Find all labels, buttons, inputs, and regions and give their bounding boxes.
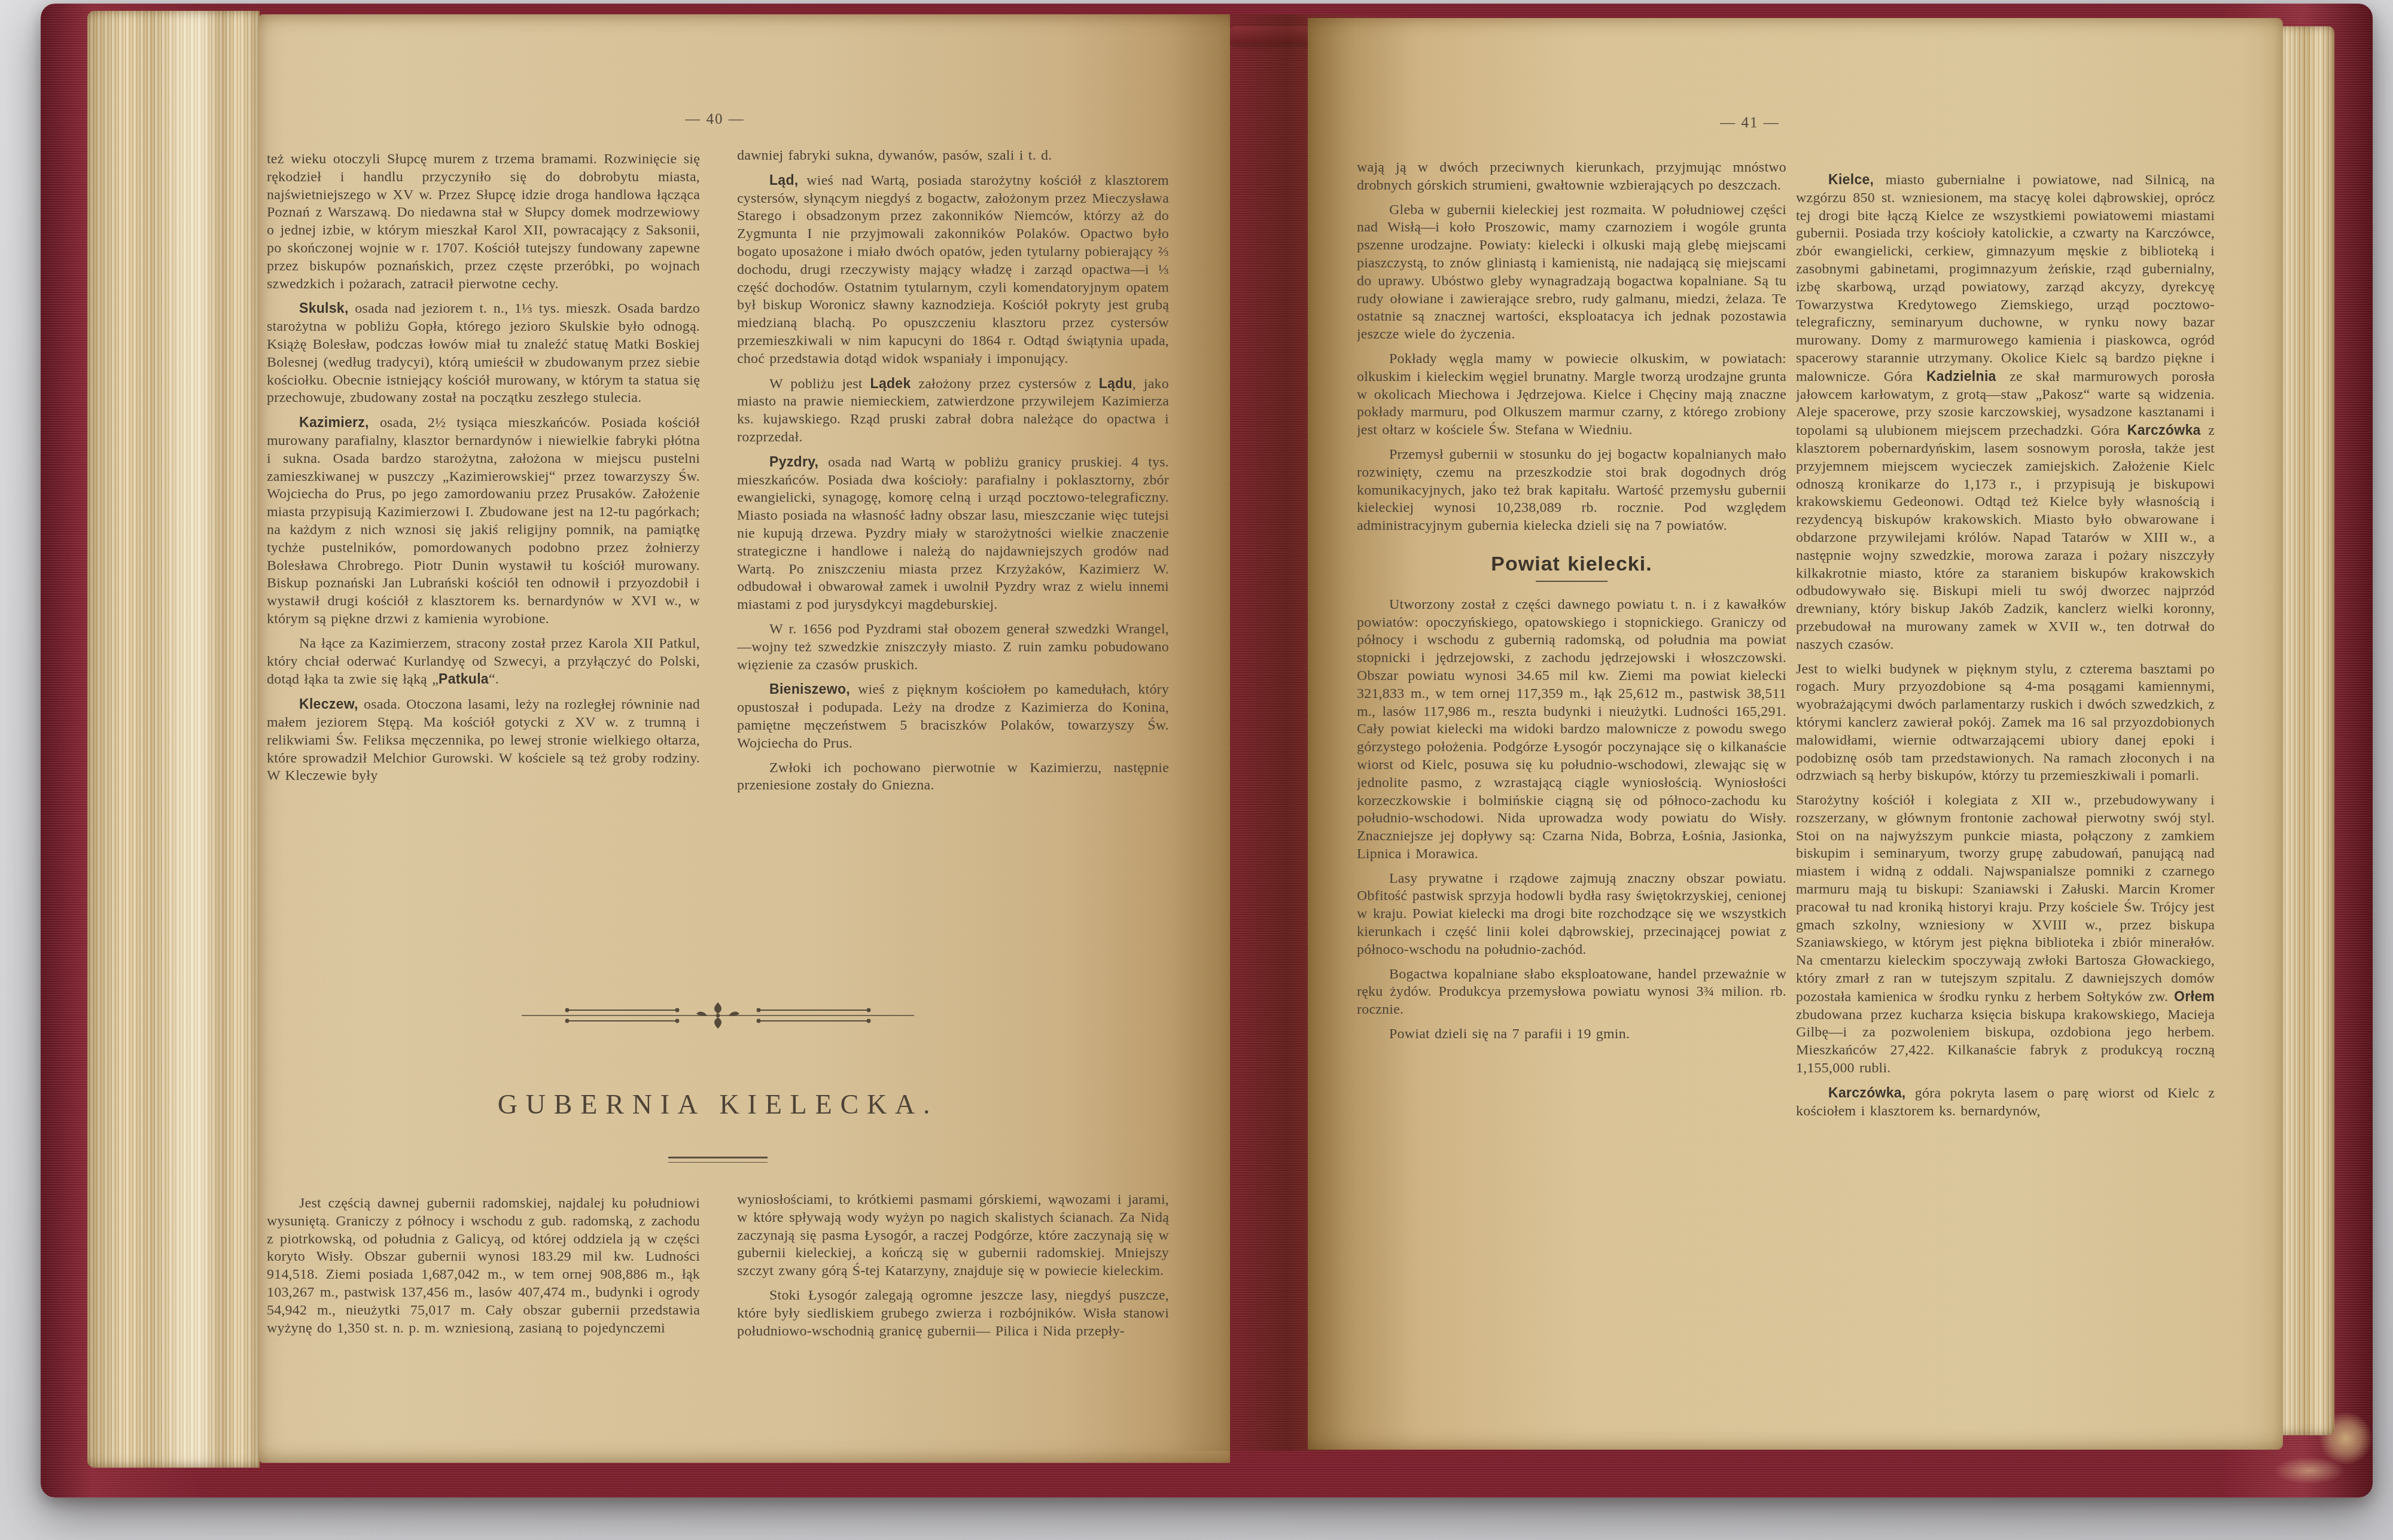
paragraph: Utworzony został z części dawnego powiat… [1357, 596, 1786, 864]
paragraph: W pobliżu jest Lądek założony przez cyst… [737, 375, 1169, 447]
entry-keyword: Kleczew, [299, 696, 358, 712]
photo-of-open-book: — 40 — też wieku otoczyli Słupcę murem z… [0, 0, 2393, 1540]
page40-column-1: też wieku otoczyli Słupcę murem z trzema… [267, 151, 700, 995]
paragraph: Zwłoki ich pochowano pierwotnie w Kazimi… [737, 760, 1169, 795]
paragraph: Jest częścią dawnej gubernii radomskiej,… [267, 1195, 700, 1337]
right-page-stack-edge [2283, 26, 2334, 1435]
page41-column-2: Kielce, miasto gubernialne i powiatowe, … [1796, 171, 2215, 1405]
paragraph: Kielce, miasto gubernialne i powiatowe, … [1796, 171, 2215, 654]
paragraph: Pokłady węgla mamy w powiecie olkuskim, … [1357, 350, 1786, 440]
paragraph: Kleczew, osada. Otoczona lasami, leży na… [267, 696, 700, 785]
powiat-heading: Powiat kielecki. [1357, 556, 1786, 574]
paragraph: Jest to wielki budynek w pięknym stylu, … [1796, 661, 2215, 786]
paragraph: Pyzdry, osada nad Wartą w pobliżu granic… [737, 453, 1169, 614]
paragraph: Kazimierz, osada, 2½ tysiąca mieszkańców… [267, 414, 700, 629]
heading-rule [1536, 581, 1607, 582]
paragraph: Bieniszewo, wieś z pięknym kościołem po … [737, 681, 1169, 752]
paragraph: wyniosłościami, to krótkiemi pasmami gór… [737, 1191, 1169, 1280]
paragraph: W r. 1656 pod Pyzdrami stał obozem gener… [737, 621, 1169, 674]
entry-keyword: Kazimierz, [299, 414, 369, 430]
entry-keyword: Lądu [1099, 376, 1132, 391]
entry-keyword: Kadzielnia [1926, 368, 1996, 384]
entry-keyword: Karczówka, [1828, 1085, 1906, 1100]
paragraph: Przemysł gubernii w stosunku do jej boga… [1357, 446, 1786, 535]
entry-keyword: Lądek [870, 376, 911, 391]
paragraph: Na łące za Kazimierzem, stracony został … [267, 635, 700, 689]
entry-keyword: Ląd, [769, 172, 798, 188]
paragraph: Bogactwa kopalniane słabo eksploatowane,… [1357, 966, 1786, 1019]
cover-wear-mark [2273, 1457, 2345, 1484]
page-number-41: — 41 — [1301, 115, 2199, 132]
entry-keyword: Orłem [2174, 989, 2215, 1004]
paragraph: Skulsk, osada nad jeziorem t. n., 1⅓ tys… [267, 300, 700, 407]
page-number-40: — 40 — [260, 111, 1170, 128]
paragraph: Starożytny kościół i kolegiata z XII w.,… [1796, 792, 2215, 1078]
entry-keyword: Karczówka [2127, 422, 2201, 438]
entry-keyword: Pyzdry, [769, 454, 818, 469]
paragraph: dawniej fabryki sukna, dywanów, pasów, s… [737, 147, 1169, 165]
paragraph: Gleba w gubernii kieleckiej jest rozmait… [1357, 202, 1786, 344]
heading-double-rule [668, 1157, 768, 1163]
entry-keyword: Patkula [439, 671, 489, 687]
paragraph: Stoki Łysogór zalegają ogromne jeszcze l… [737, 1287, 1169, 1340]
entry-keyword: Skulsk, [299, 300, 349, 316]
paragraph: Lasy prywatne i rządowe zajmują znaczny … [1357, 870, 1786, 959]
paragraph: Powiat dzieli się na 7 parafii i 19 gmin… [1357, 1026, 1786, 1044]
paragraph: Ląd, wieś nad Wartą, posiada starożytny … [737, 172, 1169, 368]
section-heading-gubernia-kielecka: GUBERNIA KIELECKA. [299, 1088, 1137, 1120]
page40-section-column-2: wyniosłościami, to krótkiemi pasmami gór… [737, 1191, 1169, 1448]
entry-keyword: Kielce, [1828, 172, 1874, 187]
paragraph: wają ją w dwóch przeciwnych kierunkach, … [1357, 159, 1786, 195]
paragraph: też wieku otoczyli Słupcę murem z trzema… [267, 151, 700, 293]
left-page-stack-edge [87, 11, 260, 1468]
paragraph: Karczówka, góra pokryta lasem o parę wio… [1796, 1084, 2215, 1121]
page40-section-column-1: Jest częścią dawnej gubernii radomskiej,… [267, 1195, 700, 1450]
page40-column-2: dawniej fabryki sukna, dywanów, pasów, s… [737, 147, 1169, 993]
page41-column-1: wają ją w dwóch przeciwnych kierunkach, … [1357, 159, 1786, 1407]
entry-keyword: Bieniszewo, [769, 681, 850, 697]
section-divider-ornament [520, 998, 915, 1031]
